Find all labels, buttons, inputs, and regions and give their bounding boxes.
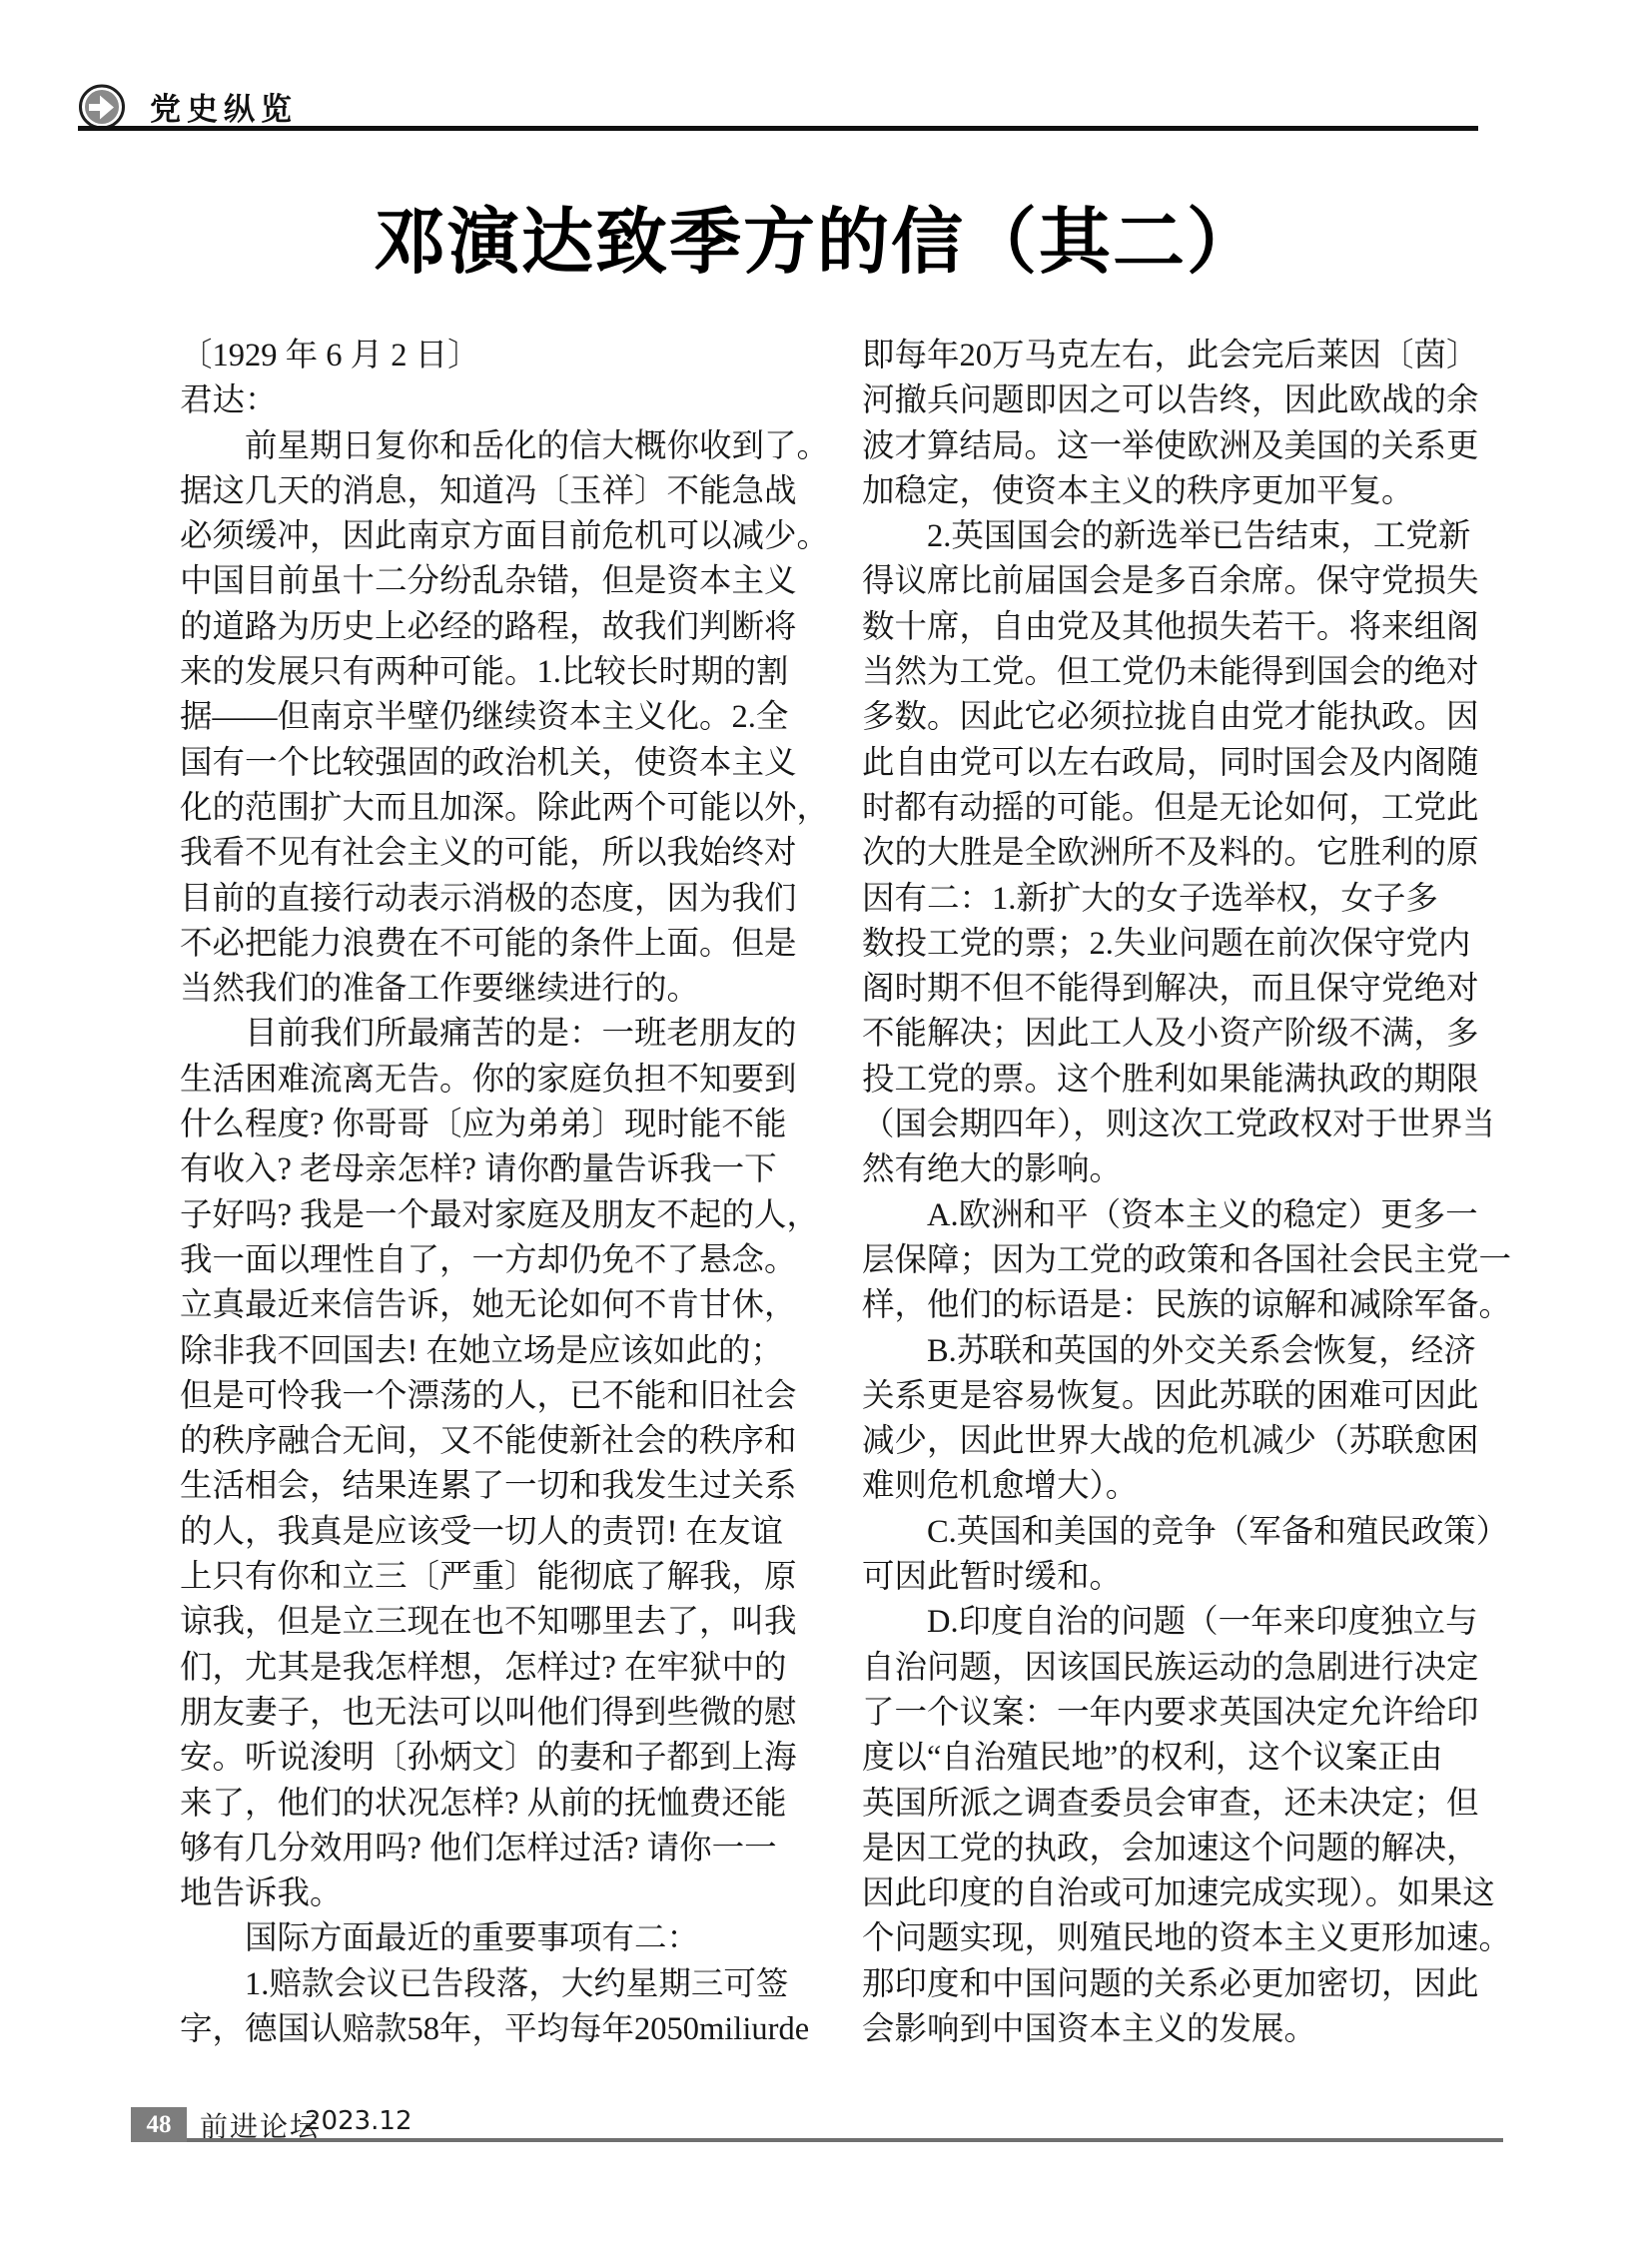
text-line: 但是可怜我一个漂荡的人，已不能和旧社会	[180, 1374, 804, 1419]
text-line: 是因工党的执政，会加速这个问题的解决，	[862, 1827, 1489, 1871]
text-line: B.苏联和英国的外交关系会恢复，经济	[862, 1329, 1489, 1374]
text-line: 样，他们的标语是：民族的谅解和减除军备。	[862, 1283, 1489, 1328]
text-line: 度以“自治殖民地”的权利，这个议案正由	[862, 1736, 1489, 1781]
text-line: 子好吗? 我是一个最对家庭及朋友不起的人，	[180, 1193, 804, 1238]
text-line: 河撤兵问题即因之可以告终，因此欧战的余	[862, 378, 1489, 423]
text-line: 国际方面最近的重要事项有二：	[180, 1916, 804, 1961]
text-line: 数投工党的票；2.失业问题在前次保守党内	[862, 922, 1489, 967]
text-line: 可因此暂时缓和。	[862, 1555, 1489, 1600]
text-line: 我看不见有社会主义的可能，所以我始终对	[180, 831, 804, 876]
text-line: 了一个议案：一年内要求英国决定允许给印	[862, 1691, 1489, 1736]
text-line: D.印度自治的问题（一年来印度独立与	[862, 1600, 1489, 1645]
text-line: 来了，他们的状况怎样? 从前的抚恤费还能	[180, 1782, 804, 1827]
text-line: 据——但南京半壁仍继续资本主义化。2.全	[180, 695, 804, 740]
text-line: （国会期四年），则这次工党政权对于世界当	[862, 1103, 1489, 1147]
text-line: 次的大胜是全欧洲所不及料的。它胜利的原	[862, 831, 1489, 876]
text-line: 阁时期不但不能得到解决，而且保守党绝对	[862, 967, 1489, 1012]
text-line: 什么程度? 你哥哥〔应为弟弟〕现时能不能	[180, 1103, 804, 1147]
text-line: 1.赔款会议已告段落，大约星期三可签	[180, 1962, 804, 2007]
magazine-page: 党史纵览 邓演达致季方的信（其二） 〔1929 年 6 月 2 日〕君达： 前星…	[0, 0, 1652, 2242]
text-line: 〔1929 年 6 月 2 日〕	[180, 334, 804, 378]
text-line: 地告诉我。	[180, 1871, 804, 1916]
page-number-badge: 48	[131, 2107, 187, 2142]
text-line: 立真最近来信告诉，她无论如何不肯甘休，	[180, 1283, 804, 1328]
text-line: 得议席比前届国会是多百余席。保守党损失	[862, 559, 1489, 604]
text-line: 个问题实现，则殖民地的资本主义更形加速。	[862, 1916, 1489, 1961]
issue-date: 2023.12	[305, 2106, 413, 2136]
text-line: 加稳定，使资本主义的秩序更加平复。	[862, 469, 1489, 514]
text-line: 的道路为历史上必经的路程，故我们判断将	[180, 605, 804, 650]
text-line: 生活相会，结果连累了一切和我发生过关系	[180, 1464, 804, 1509]
article-title: 邓演达致季方的信（其二）	[374, 184, 1260, 288]
text-line: 君达：	[180, 378, 804, 423]
text-line: 因此印度的自治或可加速完成实现）。如果这	[862, 1871, 1489, 1916]
text-line: 目前的直接行动表示消极的态度，因为我们	[180, 877, 804, 922]
text-line: 够有几分效用吗? 他们怎样过活? 请你一一	[180, 1827, 804, 1871]
text-line: 数十席，自由党及其他损失若干。将来组阁	[862, 605, 1489, 650]
text-line: 必须缓冲，因此南京方面目前危机可以减少。	[180, 514, 804, 559]
text-line: 自治问题，因该国民族运动的急剧进行决定	[862, 1646, 1489, 1691]
text-line: 波才算结局。这一举使欧洲及美国的关系更	[862, 424, 1489, 469]
page-number: 48	[147, 2111, 172, 2139]
text-line: 生活困难流离无告。你的家庭负担不知要到	[180, 1058, 804, 1103]
column-right: 即每年20万马克左右，此会完后莱因〔茵〕河撤兵问题即因之可以告终，因此欧战的余波…	[862, 334, 1489, 2052]
text-line: 即每年20万马克左右，此会完后莱因〔茵〕	[862, 334, 1489, 378]
text-line: 除非我不回国去! 在她立场是应该如此的；	[180, 1329, 804, 1374]
text-line: 字，德国认赔款58年，平均每年2050miliurde	[180, 2007, 804, 2052]
section-label: 党史纵览	[150, 84, 298, 129]
text-line: 此自由党可以左右政局，同时国会及内阁随	[862, 741, 1489, 786]
text-line: 来的发展只有两种可能。1.比较长时期的割	[180, 650, 804, 695]
text-line: 会影响到中国资本主义的发展。	[862, 2007, 1489, 2052]
text-line: 据这几天的消息，知道冯〔玉祥〕不能急战	[180, 469, 804, 514]
text-line: 关系更是容易恢复。因此苏联的困难可因此	[862, 1374, 1489, 1419]
text-line: 前星期日复你和岳化的信大概你收到了。	[180, 424, 804, 469]
text-line: 因有二：1.新扩大的女子选举权，女子多	[862, 877, 1489, 922]
text-line: 那印度和中国问题的关系必更加密切，因此	[862, 1962, 1489, 2007]
text-line: 然有绝大的影响。	[862, 1147, 1489, 1192]
text-line: 多数。因此它必须拉拢自由党才能执政。因	[862, 695, 1489, 740]
footer-rule	[187, 2138, 1503, 2142]
text-line: 层保障；因为工党的政策和各国社会民主党一	[862, 1238, 1489, 1283]
text-line: 当然我们的准备工作要继续进行的。	[180, 967, 804, 1012]
text-line: 时都有动摇的可能。但是无论如何，工党此	[862, 786, 1489, 831]
text-line: 上只有你和立三〔严重〕能彻底了解我，原	[180, 1555, 804, 1600]
text-line: 减少，因此世界大战的危机减少（苏联愈困	[862, 1419, 1489, 1464]
text-line: 的人，我真是应该受一切人的责罚! 在友谊	[180, 1510, 804, 1555]
text-line: 投工党的票。这个胜利如果能满执政的期限	[862, 1058, 1489, 1103]
text-line: A.欧洲和平（资本主义的稳定）更多一	[862, 1193, 1489, 1238]
column-left: 〔1929 年 6 月 2 日〕君达： 前星期日复你和岳化的信大概你收到了。据这…	[180, 334, 804, 2052]
text-line: 有收入? 老母亲怎样? 请你酌量告诉我一下	[180, 1147, 804, 1192]
text-line: 我一面以理性自了，一方却仍免不了悬念。	[180, 1238, 804, 1283]
text-line: 国有一个比较强固的政治机关，使资本主义	[180, 741, 804, 786]
text-line: 目前我们所最痛苦的是：一班老朋友的	[180, 1012, 804, 1057]
text-line: 不能解决；因此工人及小资产阶级不满，多	[862, 1012, 1489, 1057]
text-line: 们，尤其是我怎样想，怎样过? 在牢狱中的	[180, 1646, 804, 1691]
text-line: 安。听说浚明〔孙炳文〕的妻和子都到上海	[180, 1736, 804, 1781]
text-line: 的秩序融合无间，又不能使新社会的秩序和	[180, 1419, 804, 1464]
text-line: 谅我，但是立三现在也不知哪里去了，叫我	[180, 1600, 804, 1645]
header-rule	[78, 126, 1478, 131]
text-line: 2.英国国会的新选举已告结束，工党新	[862, 514, 1489, 559]
text-line: 难则危机愈增大）。	[862, 1464, 1489, 1509]
text-line: 英国所派之调查委员会审查，还未决定；但	[862, 1782, 1489, 1827]
text-line: 不必把能力浪费在不可能的条件上面。但是	[180, 922, 804, 967]
text-line: 当然为工党。但工党仍未能得到国会的绝对	[862, 650, 1489, 695]
text-line: C.英国和美国的竞争（军备和殖民政策）	[862, 1510, 1489, 1555]
text-line: 中国目前虽十二分纷乱杂错，但是资本主义	[180, 559, 804, 604]
text-line: 朋友妻子，也无法可以叫他们得到些微的慰	[180, 1691, 804, 1736]
text-line: 化的范围扩大而且加深。除此两个可能以外，	[180, 786, 804, 831]
